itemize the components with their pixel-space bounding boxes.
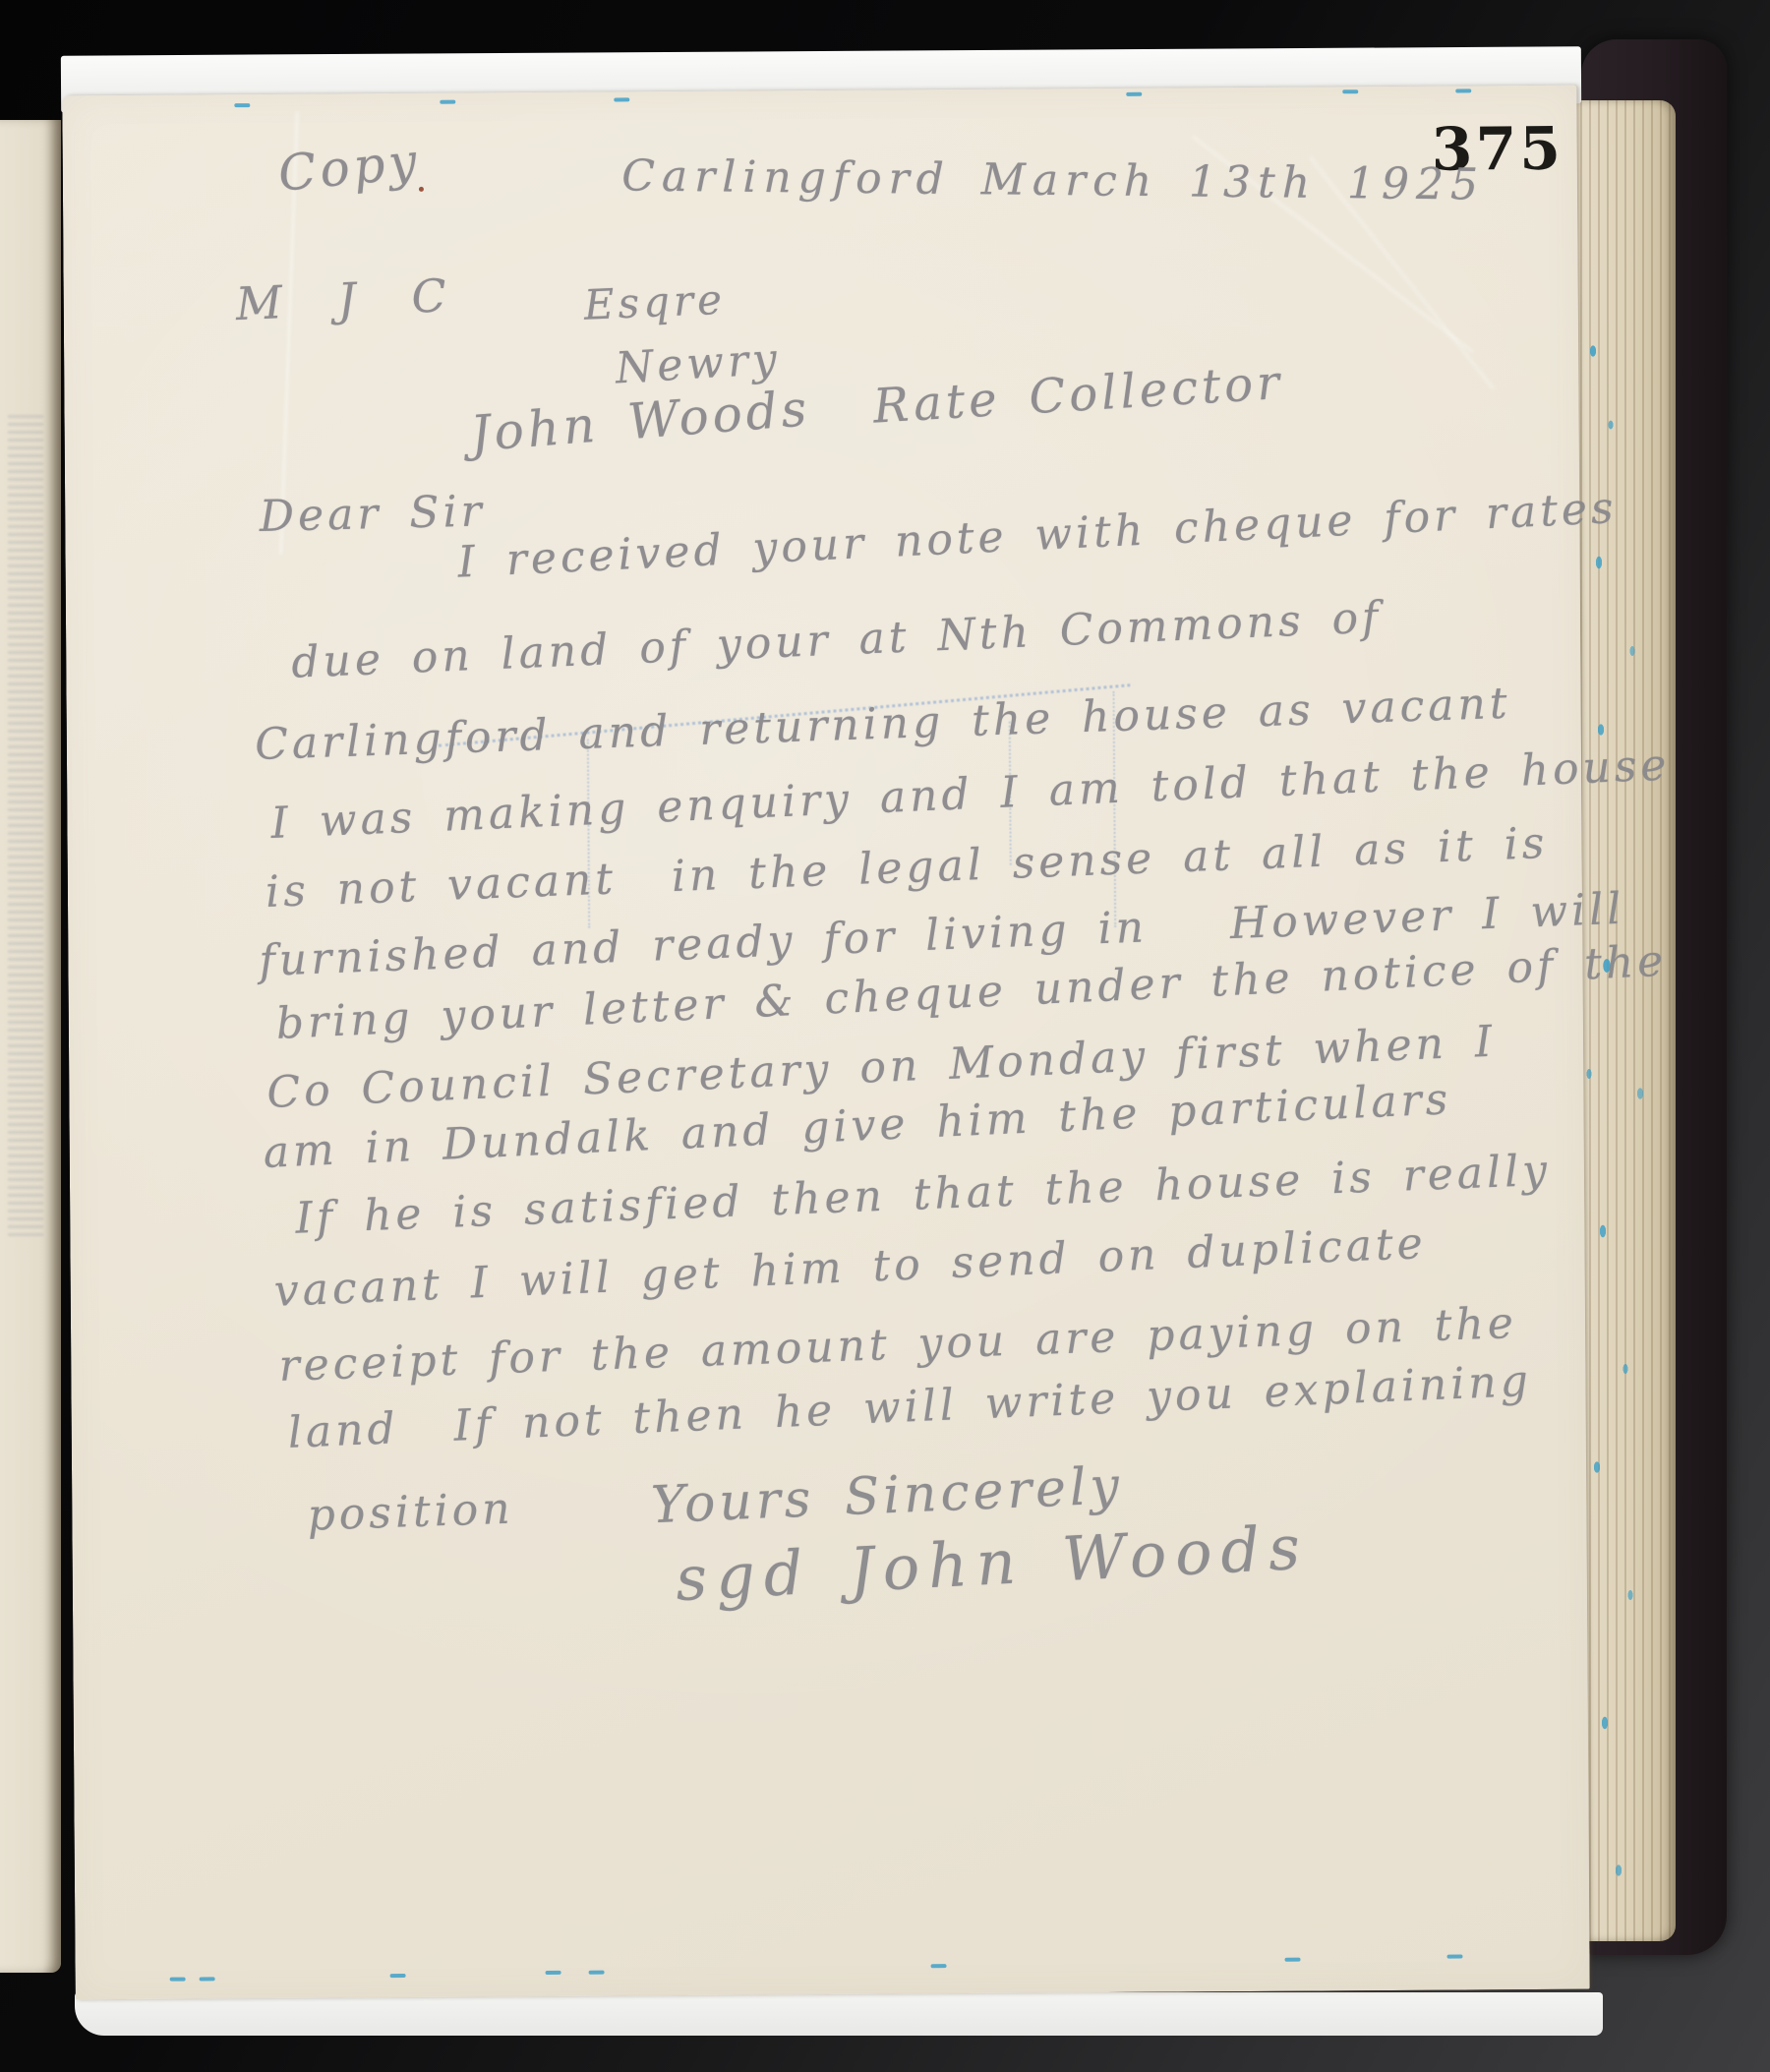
facing-page-sliver: [0, 120, 61, 1973]
blue-edge-dash: [1285, 1958, 1301, 1962]
blue-edge-dash: [546, 1971, 561, 1975]
copy-annotation: Copy: [276, 132, 423, 202]
dateline: Carlingford March 13th 1925: [621, 150, 1485, 209]
blue-edge-dash: [390, 1974, 406, 1978]
adjacent-page-print-ghost: [8, 415, 43, 1241]
body-line: due on land of your at Nth Commons of: [290, 592, 1383, 687]
blotter-sheet-bottom: [75, 1992, 1603, 2036]
blue-edge-dash: [200, 1977, 215, 1981]
blue-edge-dash: [931, 1964, 947, 1968]
blue-edge-dash: [234, 103, 250, 107]
addressee-name: John Woods: [468, 380, 812, 462]
body-opening-line: I received your note with cheque for rat…: [456, 483, 1618, 588]
blue-edge-dash: [589, 1971, 605, 1975]
blue-edge-dash: [1342, 89, 1358, 93]
blue-edge-dash: [1455, 89, 1471, 92]
blue-edge-dash: [170, 1978, 186, 1982]
blue-edge-dash: [1446, 1955, 1462, 1959]
blue-edge-dash: [1126, 92, 1142, 96]
blue-edge-dash: [440, 100, 455, 104]
recipient-initials: M J C: [235, 268, 463, 331]
body-line: position: [307, 1484, 514, 1541]
blue-edge-dash: [614, 97, 629, 101]
salutation: Dear Sir: [259, 486, 486, 542]
letter-page: 375 Copy Carlingford March 13th 1925 M J…: [62, 86, 1589, 2000]
photograph-of-letter-book: { "photo": { "page_number": "375", "pape…: [0, 0, 1770, 2072]
recipient-honorific: Esqre: [583, 275, 727, 329]
addressee-title: Rate Collector: [871, 355, 1284, 435]
